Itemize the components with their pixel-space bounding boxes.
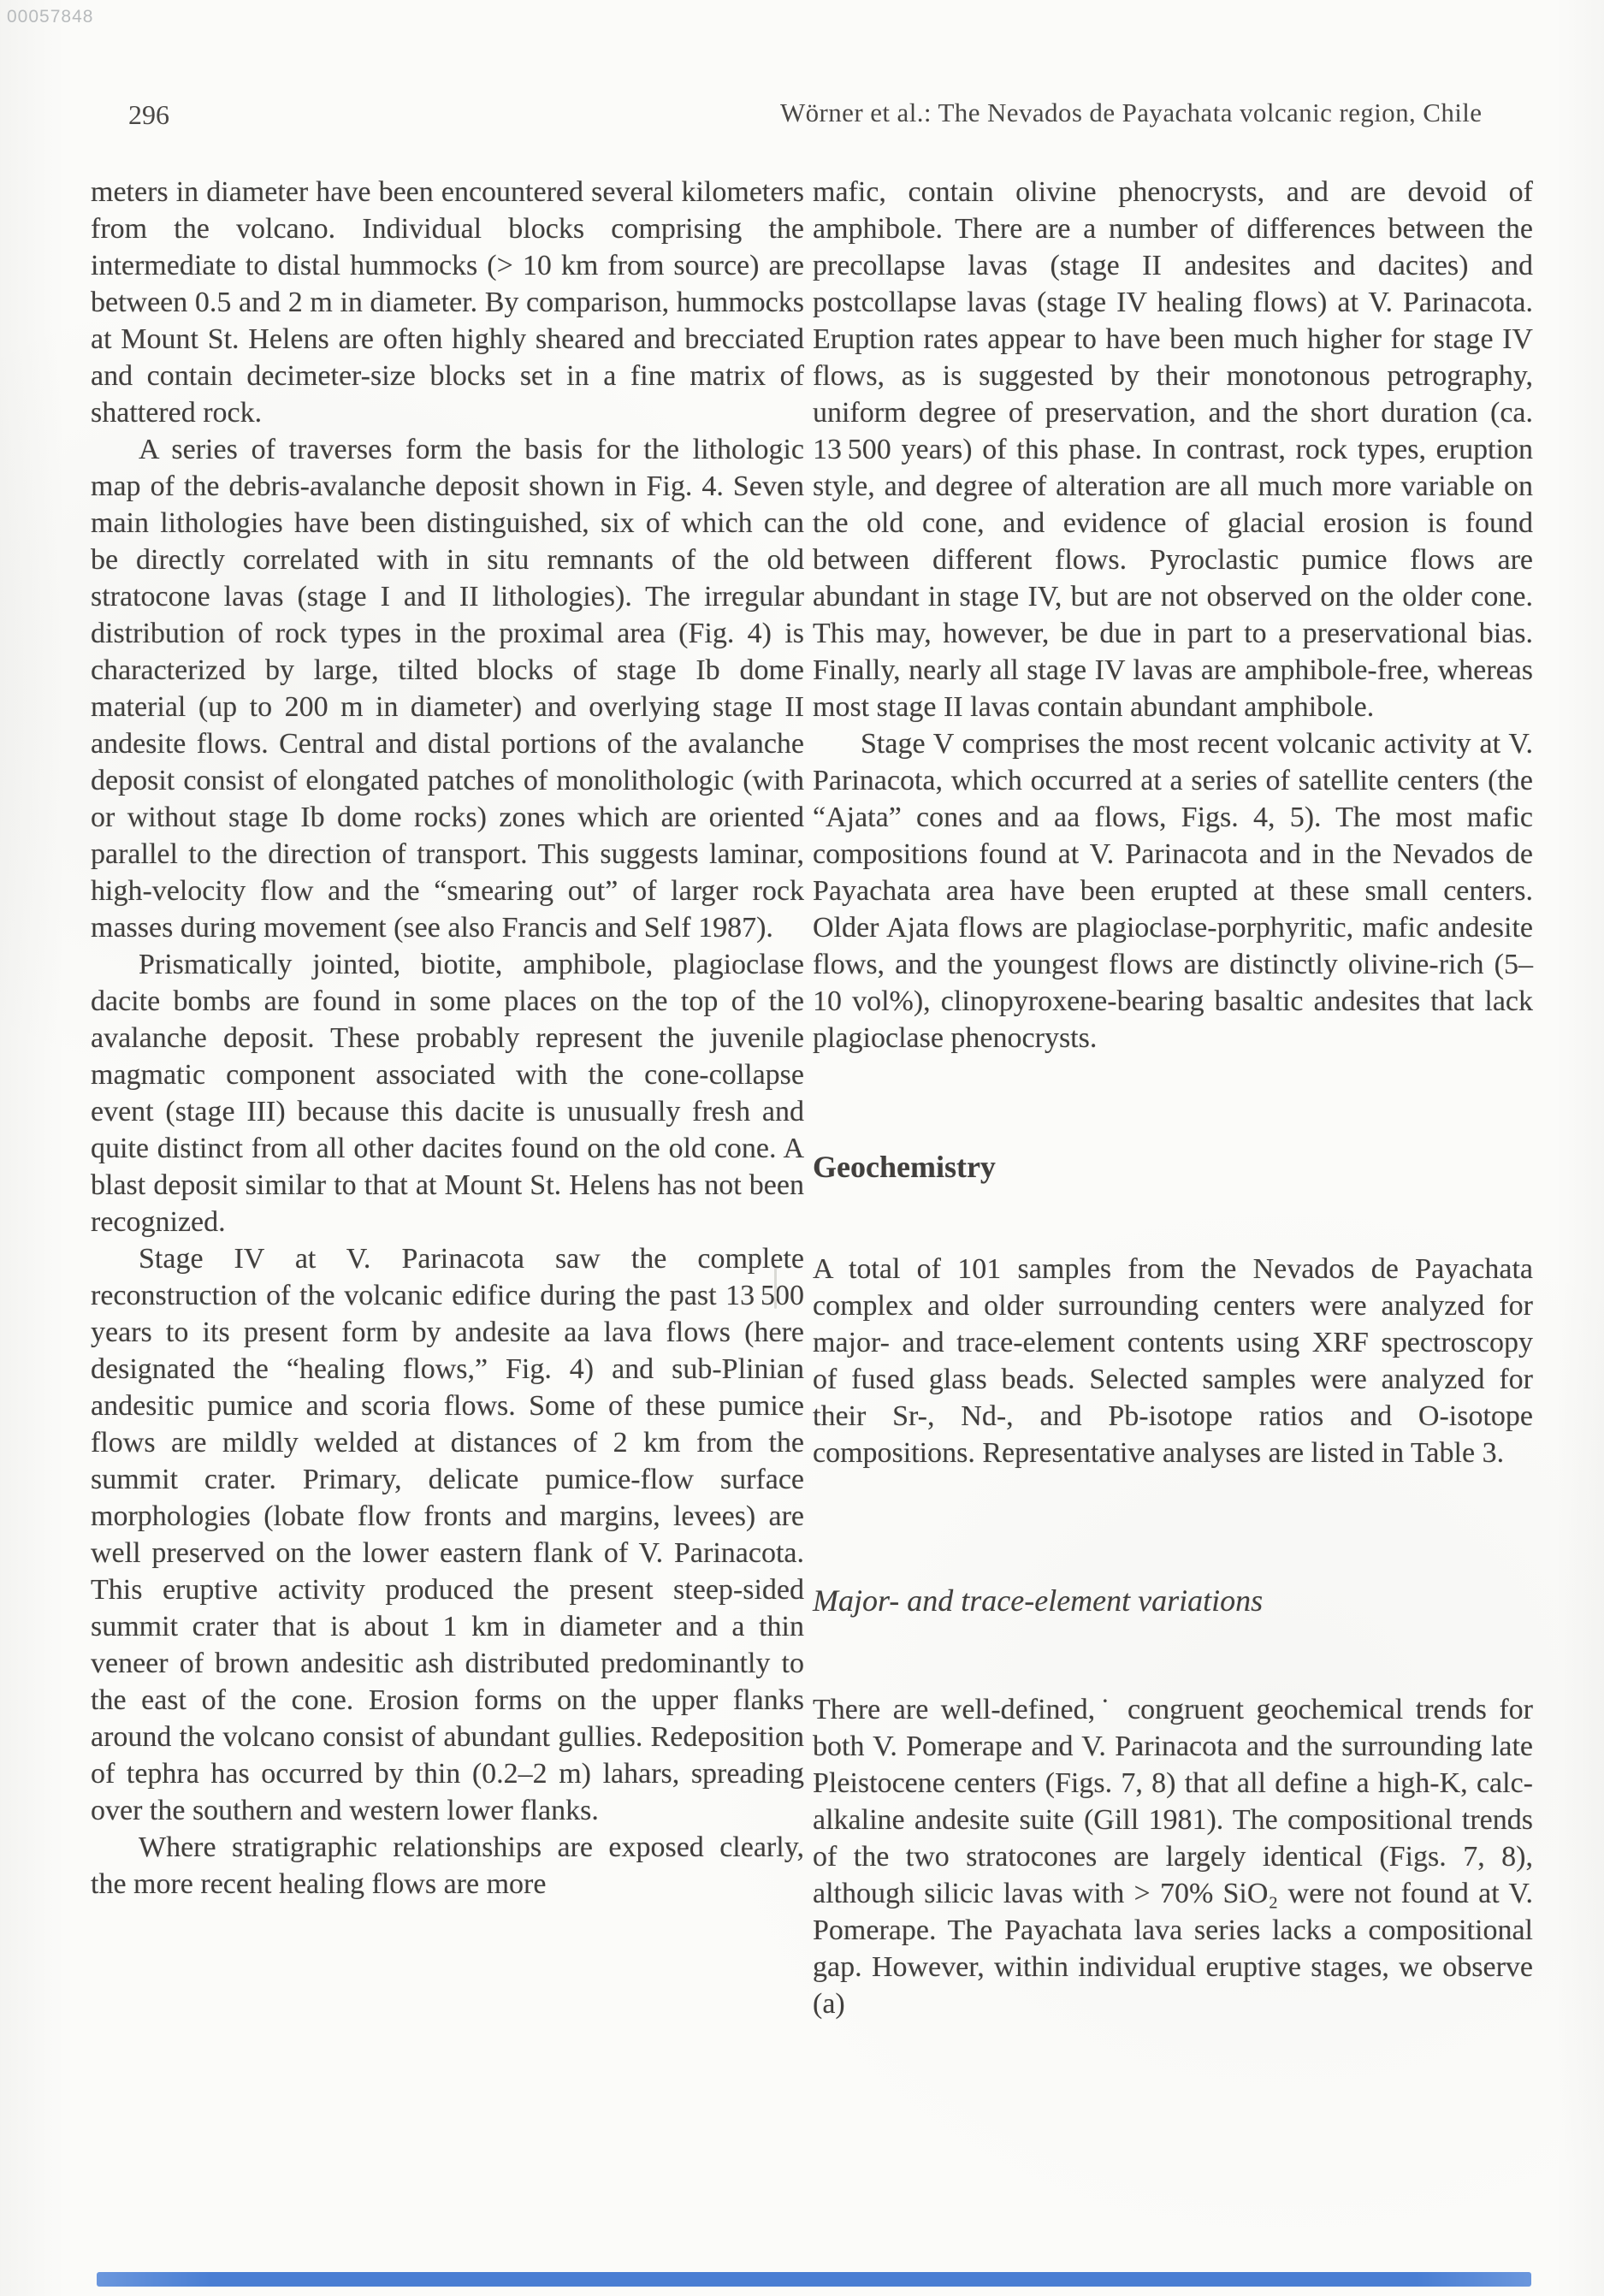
body-paragraph: Prismatically jointed, biotite, amphibol…	[91, 946, 804, 1240]
body-paragraph: A total of 101 samples from the Nevados …	[813, 1251, 1533, 1471]
body-paragraph: Stage IV at V. Parinacota saw the comple…	[91, 1240, 804, 1829]
section-heading: Geochemistry	[813, 1149, 1533, 1186]
left-text-column: meters in diameter have been encountered…	[91, 174, 804, 1902]
scanned-paper-page: 00057848 296 Wörner et al.: The Nevados …	[0, 0, 1604, 2296]
scan-artifact-bar	[97, 2272, 1531, 2287]
body-paragraph: Where stratigraphic relationships are ex…	[91, 1829, 804, 1902]
body-paragraph: Stage V comprises the most recent volcan…	[813, 725, 1533, 1056]
section-subheading: Major- and trace-element variations	[813, 1583, 1533, 1619]
running-title: Wörner et al.: The Nevados de Payachata …	[780, 98, 1499, 128]
scan-id-stamp: 00057848	[7, 7, 93, 27]
scan-smudge-mark	[774, 1268, 777, 1309]
body-paragraph: mafic, contain olivine phenocrysts, and …	[813, 174, 1533, 725]
body-paragraph: A series of traverses form the basis for…	[91, 431, 804, 946]
page-number: 296	[128, 99, 169, 131]
body-paragraph: There are well-defined,˙ congruent geoch…	[813, 1691, 1533, 2022]
right-text-column: mafic, contain olivine phenocrysts, and …	[813, 174, 1533, 2022]
body-paragraph: meters in diameter have been encountered…	[91, 174, 804, 431]
